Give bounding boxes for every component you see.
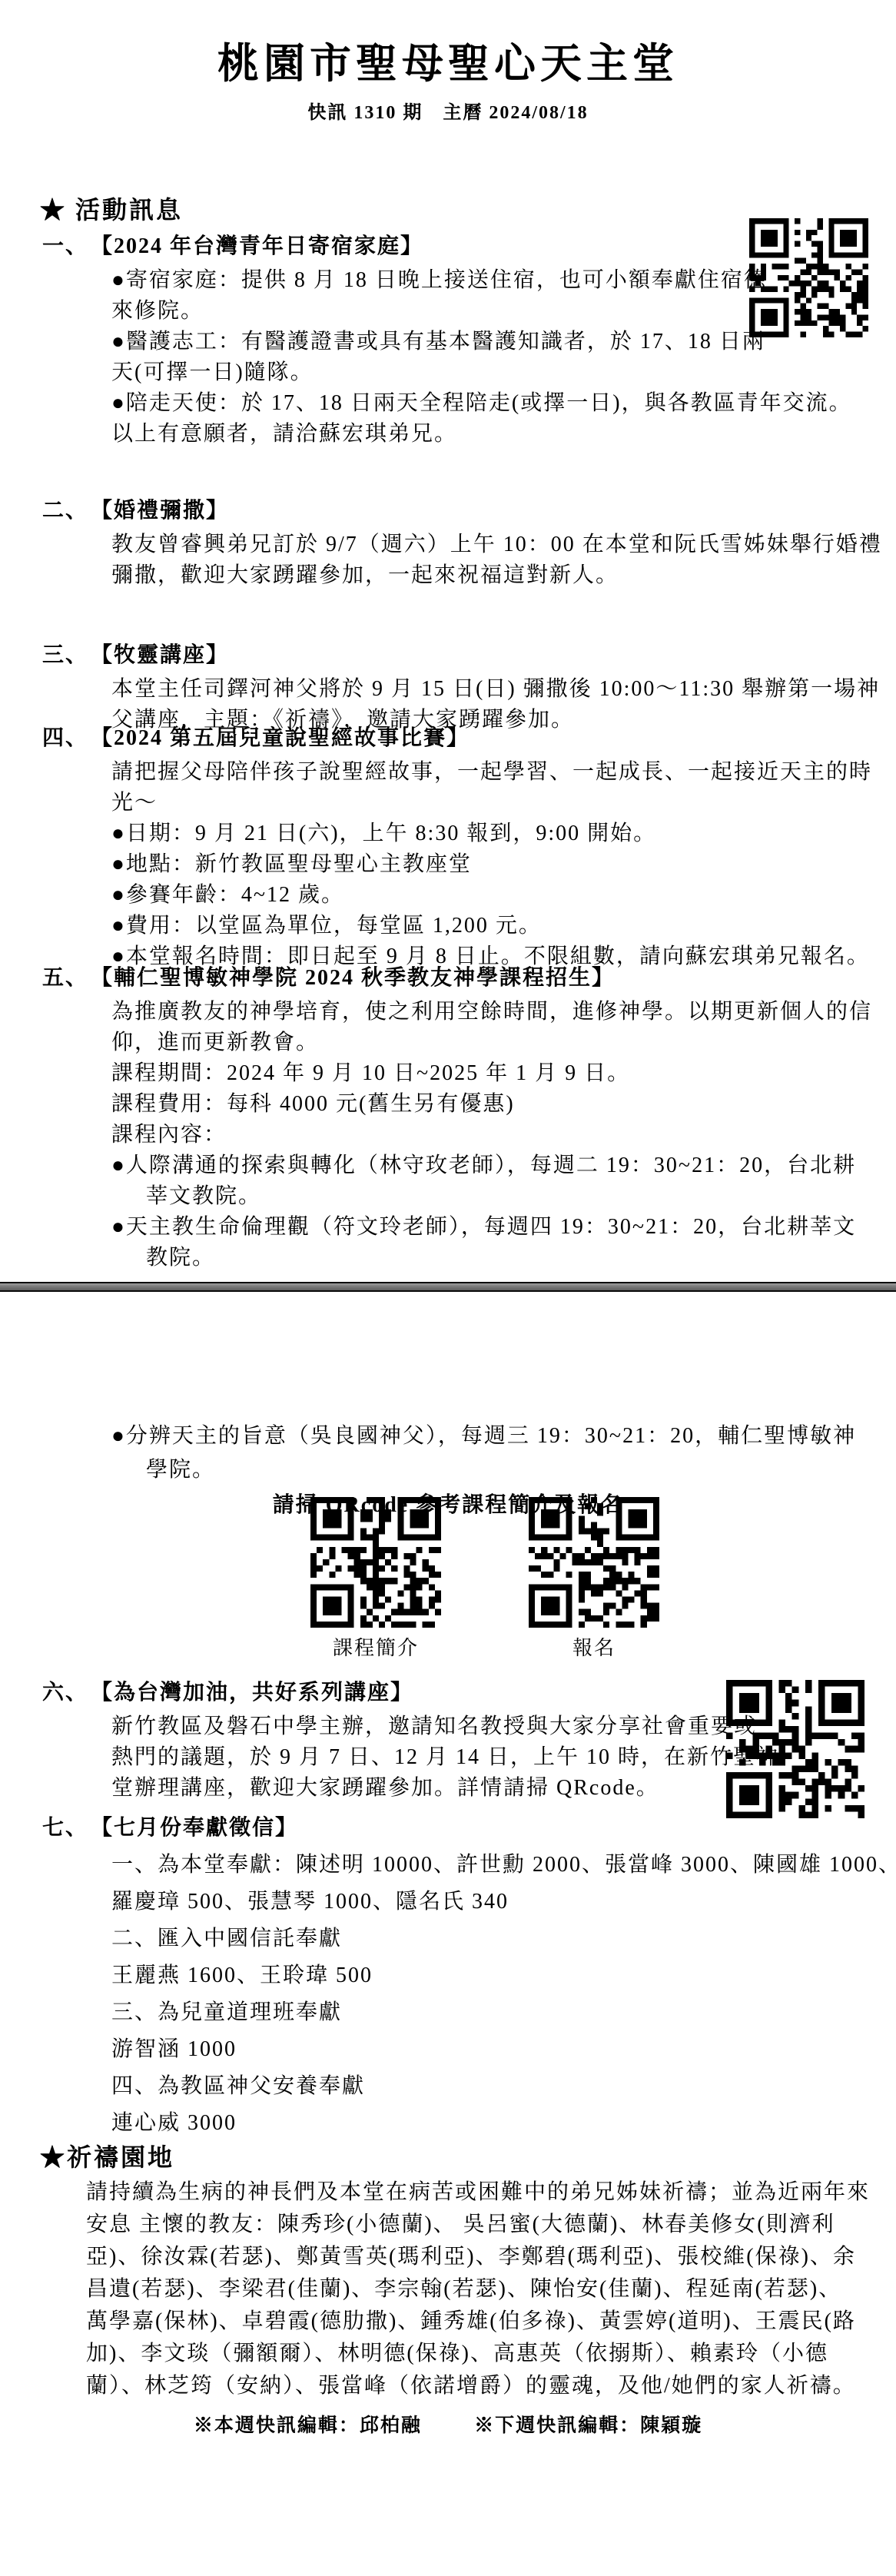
section-youth-day: 一、 【2024 年台灣青年日寄宿家庭】 ●寄宿家庭：提供 8 月 18 日晚上… xyxy=(0,229,896,447)
text-line: 課程內容： xyxy=(111,1117,873,1148)
donation-line: 三、為兒童道理班奉獻 xyxy=(111,1995,873,2032)
text-line: 蘭）、林芝筠（安納）、張當峰（依諾增爵）的靈魂，及他/她們的家人祈禱。 xyxy=(86,2369,873,2401)
text-line: ●醫護志工：有醫護證書或具有基本醫護知識者，於 17、18 日兩 xyxy=(111,324,873,355)
course-intro-qr-code xyxy=(310,1497,441,1628)
donation-line: 羅慶璋 500、張慧琴 1000、隱名氏 340 xyxy=(111,1884,873,1921)
section-wedding-mass: 二、 【婚禮彌撒】 教友曾睿興弟兄訂於 9/7（週六）上午 10：00 在本堂和… xyxy=(0,493,896,589)
course-intro-qr-label: 課程簡介 xyxy=(310,1632,441,1657)
section-title: 【2024 第五屆兒童說聖經故事比賽】 xyxy=(91,721,470,752)
section-number: 五、 xyxy=(42,961,88,991)
prayer-paragraph: 請持續為生病的神長們及本堂在病苦或困難中的弟兄姊妹祈禱；並為近兩年來 安息 主懷… xyxy=(0,2175,896,2401)
text-line: 新竹教區及磐石中學主辦，邀請知名教授與大家分享社會重要或 xyxy=(111,1709,719,1740)
text-line: ●天主教生命倫理觀（符文玲老師），每週四 19：30~21：20，台北耕莘文 xyxy=(111,1210,873,1240)
text-line: 安息 主懷的教友：陳秀珍(小德蘭)、 吳呂蜜(大德蘭)、林春美修女(則濟利 xyxy=(86,2207,873,2239)
section-title: 【2024 年台灣青年日寄宿家庭】 xyxy=(91,229,423,260)
section-title: 【婚禮彌撒】 xyxy=(91,493,229,524)
text-line: 教友曾睿興弟兄訂於 9/7（週六）上午 10：00 在本堂和阮氏雪姊妹舉行婚禮 xyxy=(111,527,873,558)
text-line: 熱門的議題，於 9 月 7 日、12 月 14 日，上午 10 時，在新竹聖神 xyxy=(111,1740,719,1771)
text-line: ●分辨天主的旨意（吳良國神父），每週三 19：30~21：20，輔仁聖博敏神 xyxy=(111,1419,873,1452)
text-line: 仰，進而更新教會。 xyxy=(111,1025,873,1056)
next-week-editor: ※下週快訊編輯：陳穎璇 xyxy=(474,2415,702,2436)
donation-line: 二、匯入中國信託奉獻 xyxy=(111,1921,873,1958)
text-line: 萬學嘉(保林)、卓碧霞(德肋撒)、鍾秀雄(伯多祿)、黃雲婷(道明)、王震民(路 xyxy=(86,2304,873,2336)
text-line: ●費用：以堂區為單位，每堂區 1,200 元。 xyxy=(111,908,873,939)
text-line: ●參賽年齡：4~12 歲。 xyxy=(111,878,873,908)
donation-line: 王麗燕 1600、王聆瑋 500 xyxy=(111,1958,873,1995)
section-number: 四、 xyxy=(42,721,88,752)
page-title: 桃園市聖母聖心天主堂 xyxy=(0,31,896,90)
text-line: 本堂主任司鐸河神父將於 9 月 15 日(日) 彌撒後 10:00～11:30 … xyxy=(111,672,873,702)
text-line: 教院。 xyxy=(146,1240,873,1271)
text-line: 請持續為生病的神長們及本堂在病苦或困難中的弟兄姊妹祈禱；並為近兩年來 xyxy=(86,2175,873,2207)
section-title: 【輔仁聖博敏神學院 2024 秋季教友神學課程招生】 xyxy=(91,961,615,991)
registration-qr-code xyxy=(529,1497,659,1628)
activity-news-header: ★ 活動訊息 xyxy=(40,191,183,226)
section-number: 七、 xyxy=(42,1811,88,1841)
editor-footer: ※本週快訊編輯：邱柏融 ※下週快訊編輯：陳穎璇 xyxy=(0,2410,896,2438)
section-bible-story-contest: 四、 【2024 第五屆兒童說聖經故事比賽】 請把握父母陪伴孩子說聖經故事，一起… xyxy=(0,721,896,970)
text-line: 來修院。 xyxy=(111,294,873,324)
text-line: ●地點：新竹教區聖母聖心主教座堂 xyxy=(111,847,873,878)
text-line: 課程費用：每科 4000 元(舊生另有優惠) xyxy=(111,1087,873,1117)
text-line: 學院。 xyxy=(146,1452,873,1486)
section-number: 三、 xyxy=(42,638,88,669)
text-line: 昌遺(若瑟)、李梁君(佳蘭)、李宗翰(若瑟)、陳怡安(佳蘭)、程延南(若瑟)、 xyxy=(86,2272,873,2304)
section-number: 一、 xyxy=(42,229,88,260)
text-line: 以上有意願者，請洽蘇宏琪弟兄。 xyxy=(111,417,873,447)
section-number: 二、 xyxy=(42,493,88,524)
section-pastoral-lecture: 三、 【牧靈講座】 本堂主任司鐸河神父將於 9 月 15 日(日) 彌撒後 10… xyxy=(0,638,896,733)
registration-qr-label: 報名 xyxy=(529,1632,659,1657)
donation-line: 一、為本堂奉獻：陳述明 10000、許世勳 2000、張當峰 3000、陳國雄 … xyxy=(111,1847,873,1884)
section-july-donations: 七、 【七月份奉獻徵信】 一、為本堂奉獻：陳述明 10000、許世勳 2000、… xyxy=(0,1811,896,2143)
text-line: 堂辦理講座，歡迎大家踴躍參加。詳情請掃 QRcode。 xyxy=(111,1771,719,1801)
text-line: 為推廣教友的神學培育，使之利用空餘時間，進修神學。以期更新個人的信 xyxy=(111,994,873,1025)
text-line: ●陪走天使：於 17、18 日兩天全程陪走(或擇一日)，與各教區青年交流。 xyxy=(111,386,873,417)
text-line: 加)、李文琰（彌額爾）、林明德(保祿)、高惠英（依搦斯）、賴素玲（小德 xyxy=(86,2336,873,2369)
text-line: 莘文教院。 xyxy=(146,1179,873,1210)
text-line: 天(可擇一日)隨隊。 xyxy=(111,355,873,386)
text-line: 請把握父母陪伴孩子說聖經故事，一起學習、一起成長、一起接近天主的時 xyxy=(111,755,873,785)
section-title: 【牧靈講座】 xyxy=(91,638,229,669)
qr-caption: 請掃 QRcode 參考課程簡介及報名 xyxy=(0,1488,896,1519)
page-break-divider xyxy=(0,1282,896,1292)
section-theology-courses-continued: ●分辨天主的旨意（吳良國神父），每週三 19：30~21：20，輔仁聖博敏神 學… xyxy=(0,1419,896,1486)
text-line: ●人際溝通的探索與轉化（林守玫老師），每週二 19：30~21：20，台北耕 xyxy=(111,1148,873,1179)
bulletin-page: 桃園市聖母聖心天主堂 快訊 1310 期 主曆 2024/08/18 ★ 活動訊… xyxy=(0,0,896,2576)
section-number: 六、 xyxy=(42,1675,88,1706)
text-line: 光～ xyxy=(111,785,873,816)
text-line: ●寄宿家庭：提供 8 月 18 日晚上接送住宿，也可小額奉獻住宿德 xyxy=(111,263,873,294)
donation-line: 四、為教區神父安養奉獻 xyxy=(111,2069,873,2106)
text-line: 彌撒，歡迎大家踴躍參加，一起來祝福這對新人。 xyxy=(111,558,873,589)
text-line: 亞)、徐汝霖(若瑟)、鄭黃雪英(瑪利亞)、李鄭碧(瑪利亞)、張校維(保祿)、余 xyxy=(86,2239,873,2272)
section-title: 【七月份奉獻徵信】 xyxy=(91,1811,298,1841)
this-week-editor: ※本週快訊編輯：邱柏融 xyxy=(194,2415,422,2436)
lecture-series-qr-code xyxy=(726,1680,864,1818)
section-theology-courses: 五、 【輔仁聖博敏神學院 2024 秋季教友神學課程招生】 為推廣教友的神學培育… xyxy=(0,961,896,1271)
section-title: 【為台灣加油，共好系列講座】 xyxy=(91,1675,413,1706)
text-line: ●日期：9 月 21 日(六)，上午 8:30 報到，9:00 開始。 xyxy=(111,816,873,847)
issue-date-line: 快訊 1310 期 主曆 2024/08/18 xyxy=(0,97,896,124)
donation-line: 游智涵 1000 xyxy=(111,2032,873,2069)
prayer-corner-header: ★祈禱園地 xyxy=(40,2138,174,2173)
text-line: 課程期間：2024 年 9 月 10 日~2025 年 1 月 9 日。 xyxy=(111,1056,873,1087)
donation-line: 連心威 3000 xyxy=(111,2106,873,2143)
